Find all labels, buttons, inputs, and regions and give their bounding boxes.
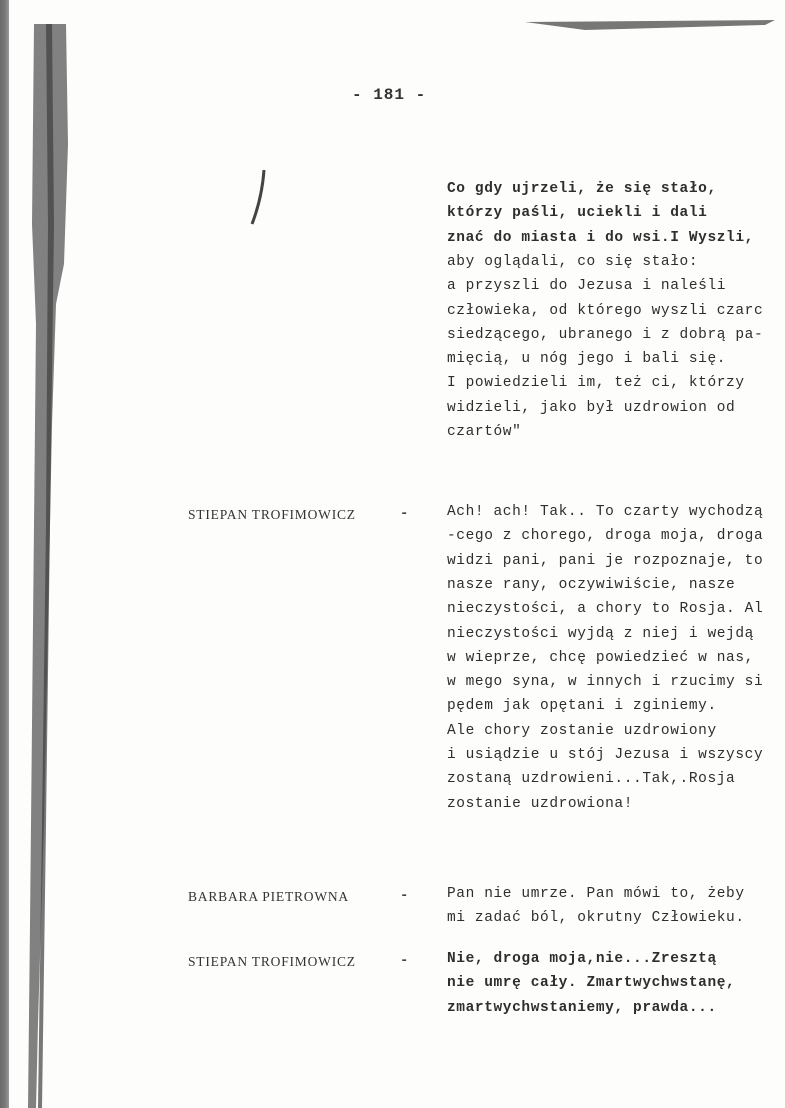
speaker-name: STIEPAN TROFIMOWICZ: [188, 507, 356, 523]
dialogue-line: Co gdy ujrzeli, że się stało,: [447, 181, 717, 197]
pen-mark: [248, 168, 268, 228]
dialogue-line: czartów": [447, 424, 521, 440]
dialogue-line: którzy paśli, uciekli i dali: [447, 205, 707, 221]
dialogue-line: Ale chory zostanie uzdrowiony: [447, 723, 717, 739]
dialogue-line: w wieprze, chcę powiedzieć w nas,: [447, 650, 754, 666]
binding-shadow: [26, 24, 76, 1108]
speaker-dash: -: [400, 888, 408, 904]
dialogue-line: nasze rany, oczywiwiście, nasze: [447, 577, 735, 593]
dialogue-line: Nie, droga moja,nie...Zresztą: [447, 951, 717, 967]
dialogue-line: aby oglądali, co się stało:: [447, 254, 698, 270]
dialogue-line: człowieka, od którego wyszli czarc: [447, 303, 763, 319]
scan-edge-shadow: [0, 0, 9, 1108]
dialogue-line: zmartwychwstaniemy, prawda...: [447, 1000, 717, 1016]
dialogue-line: a przyszli do Jezusa i naleśli: [447, 278, 726, 294]
dialogue-line: Ach! ach! Tak.. To czarty wychodzą: [447, 504, 763, 520]
dialogue-line: mi zadać ból, okrutny Człowieku.: [447, 910, 745, 926]
page-number: - 181 -: [352, 86, 426, 104]
dialogue-line: nieczystości, a chory to Rosja. Al: [447, 601, 763, 617]
dialogue-line: i usiądzie u stój Jezusa i wszyscy: [447, 747, 763, 763]
dialogue-line: widzieli, jako był uzdrowion od: [447, 400, 735, 416]
dialogue-line: mięcią, u nóg jego i bali się.: [447, 351, 726, 367]
dialogue-line: zostanie uzdrowiona!: [447, 796, 633, 812]
dialogue-line: siedzącego, ubranego i z dobrą pa-: [447, 327, 763, 343]
speaker-name: BARBARA PIETROWNA: [188, 889, 349, 905]
dialogue-line: nie umrę cały. Zmartwychwstanę,: [447, 975, 735, 991]
dialogue-line: zostaną uzdrowieni...Tak,.Rosja: [447, 771, 735, 787]
dialogue-line: -cego z chorego, droga moja, droga: [447, 528, 763, 544]
dialogue-line: pędem jak opętani i zginiemy.: [447, 698, 717, 714]
dialogue-line: I powiedzieli im, też ci, którzy: [447, 375, 745, 391]
dialogue-line: w mego syna, w innych i rzucimy si: [447, 674, 763, 690]
speaker-dash: -: [400, 953, 408, 969]
dialogue-line: nieczystości wyjdą z niej i wejdą: [447, 626, 754, 642]
top-smudge: [525, 18, 775, 32]
speaker-dash: -: [400, 506, 408, 522]
dialogue-line: widzi pani, pani je rozpoznaje, to: [447, 553, 763, 569]
speaker-name: STIEPAN TROFIMOWICZ: [188, 954, 356, 970]
dialogue-line: znać do miasta i do wsi.I Wyszli,: [447, 230, 754, 246]
dialogue-line: Pan nie umrze. Pan mówi to, żeby: [447, 886, 745, 902]
